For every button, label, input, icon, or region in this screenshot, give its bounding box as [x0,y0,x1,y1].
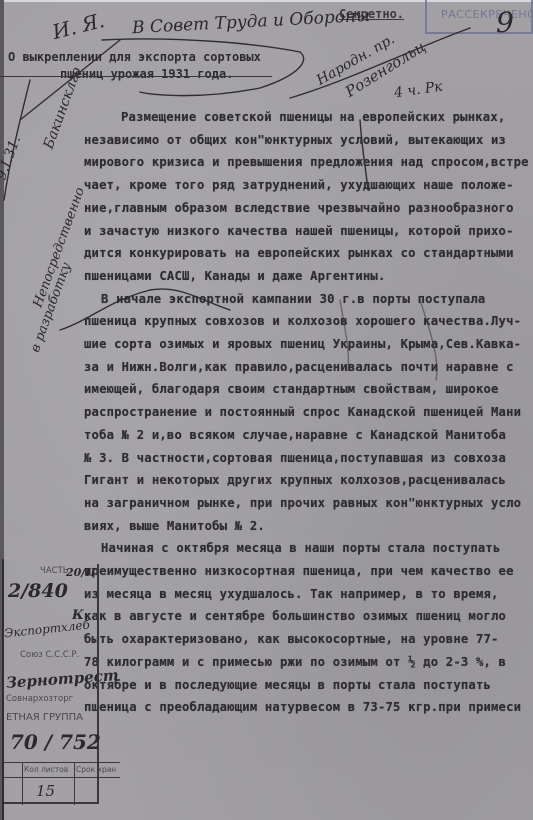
document-heading: О выкреплении для экспорта сортовых пшен… [8,49,261,83]
heading-line: О выкреплении для экспорта сортовых [8,49,261,66]
body-text-line: пшеница с преобладающим натурвесом в 73-… [84,700,521,714]
body-text-line: имеющей, благодаря своим стандартным сво… [84,382,499,396]
body-text-line: Начиная с октября месяца в наши порты ст… [101,541,501,555]
archive-stamp-part: ЧАСТЬ [40,566,69,576]
body-text-line: виях, выше Манитобы № 2. [84,519,265,533]
handwritten-archive-number: 70 / 752 [10,730,101,754]
body-text-line: тоба № 2 и,во всяком случае,наравне с Ка… [84,428,506,442]
handwritten-signature: 4 ч. Рк [393,79,444,102]
body-text-line: из месяца в месяц ухудшалось. Так наприм… [84,587,499,601]
body-text-line: распространение и постоянный спрос Канад… [84,405,521,419]
body-text-line: пшеница крупных совхозов и колхозов хоро… [84,314,521,328]
body-text-line: пшеницами САСШ, Канады и даже Аргентины. [84,269,386,283]
body-text-line: чает, кроме того ряд затруднений, ухудша… [84,178,514,192]
body-text-line: ние,главным образом вследствие чрезвычай… [84,201,514,215]
body-text-line: как в августе и сентябре большинство ози… [84,609,506,623]
body-text-line: № 3. В частности,сортовая пшеница,поступ… [84,451,506,465]
body-text-line: на заграничном рынке, при прочих равных … [84,496,521,510]
stamp-col-sheets: Кол листов [24,765,68,774]
body-text-line: Гигант и некоторых других крупных колхоз… [84,473,506,487]
body-text-line: 78 килограмм и с примесью ржи по озимым … [84,655,506,669]
handwritten-date: 20/II [66,566,96,579]
archive-stamp-group: ЕТНАЯ ГРУППА [6,712,83,723]
body-text-line: преимущественно низкосортная пшеница, пр… [84,564,514,578]
body-text-line: быть охарактеризовано, как высокосортные… [84,632,499,646]
body-text-line: октябре и в последующие месяцы в порты с… [84,678,491,692]
body-text-line: В начале экспортной кампании 30 г.в порт… [101,292,485,306]
body-text-line: Размещение советской пшеницы на европейс… [121,110,505,124]
body-text-line: за и Нижн.Волги,как правило,расценивалас… [84,360,514,374]
handwritten-ref: 2/840 [8,580,68,602]
archive-stamp-org-2: Совнархозторг [6,694,73,704]
body-text-line: и зачастую низкого качества нашей пшениц… [84,224,514,238]
archive-stamp-org: Союз С.С.С.Р. [20,650,79,660]
declassified-stamp: РАССЕКРЕЧЕНО [425,0,533,34]
stamp-col-term: Срок хран [76,765,116,774]
body-text-line: дится конкурировать на европейских рынка… [84,246,514,260]
body-text-line: независимо от общих кон"юнктурных услови… [84,133,506,147]
page-number: 9 [496,6,514,39]
heading-line: пшениц урожая 1931 года. [8,66,261,83]
handwritten-addressee: В Совет Труда и Обороны [132,6,371,38]
body-text-line: шие сорта озимых и яровых пшениц Украины… [84,337,521,351]
scanned-document-page: РАССЕКРЕЧЕНО 9 Секретно. О выкреплении д… [0,0,533,820]
stamp-sheets-value: 15 [36,782,55,800]
heading-underline [0,76,272,77]
handwritten-initials: И. Я. [50,8,107,44]
body-text-line: мирового кризиса и превышения предложени… [84,155,529,169]
